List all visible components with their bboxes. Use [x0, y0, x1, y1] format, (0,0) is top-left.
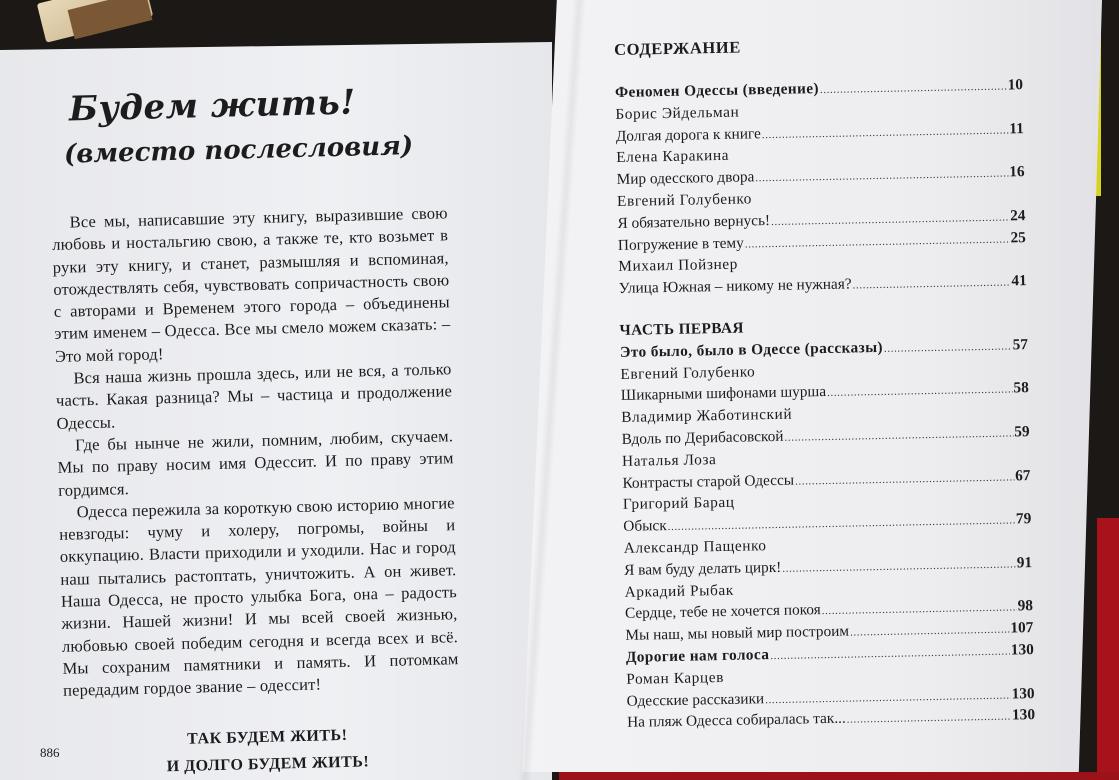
background-object-shadow [68, 0, 153, 39]
toc-entry-label: Обыск [623, 517, 667, 536]
toc-entry-label: Григорий Барац [623, 494, 735, 514]
toc-entry-label: Михаил Пойзнер [618, 256, 738, 276]
toc-leader-dots [850, 624, 1010, 639]
toc-leader-dots [765, 689, 1011, 706]
paragraph: Все мы, написавшие эту книгу, выразившие… [51, 202, 451, 368]
toc-entry-label: Вдоль по Дерибасовской [622, 428, 784, 449]
toc-page-number: 25 [1010, 229, 1026, 247]
paragraph: Где бы нынче не жили, помним, любим, ску… [57, 425, 455, 502]
toc-list: Феномен Одессы (введение)10Борис Эйдельм… [615, 76, 1035, 736]
afterword-title: Будем жить! [68, 80, 445, 129]
book-cover-red-edge [1097, 518, 1119, 780]
paragraph: Вся наша жизнь прошла здесь, или не вся,… [55, 358, 453, 435]
toc-leader-dots [795, 471, 1014, 487]
toc-entry-label: Борис Эйдельман [615, 103, 739, 123]
closing-slogan: ТАК БУДЕМ ЖИТЬ! И ДОЛГО БУДЕМ ЖИТЬ! [64, 719, 461, 780]
toc-leader-dots [784, 427, 1013, 443]
toc-leader-dots [745, 233, 1010, 250]
page-number: 886 [40, 745, 60, 761]
toc-entry-label: Я вам буду делать цирк! [624, 559, 781, 580]
toc-entry-label: Евгений Голубенко [620, 363, 755, 384]
toc-leader-dots [782, 558, 1016, 574]
afterword-body: Все мы, написавшие эту книгу, выразившие… [51, 202, 459, 702]
toc-page-number: 67 [1015, 467, 1031, 485]
toc-leader-dots [827, 384, 1013, 400]
toc-entry-label: Сердце, тебе не хочется покоя [625, 601, 821, 623]
toc-page-number: 130 [1012, 685, 1035, 703]
toc-leader-dots [771, 211, 1009, 228]
book-cover-red-bottom-edge [559, 772, 1119, 780]
afterword-subtitle: (вместо послесловия) [64, 130, 447, 169]
toc-page-number: 41 [1011, 272, 1027, 290]
toc-entry-label: Евгений Голубенко [617, 190, 752, 211]
toc-page-number: 58 [1013, 379, 1029, 397]
afterword-section: Будем жить! (вместо послесловия) Все мы,… [48, 62, 461, 780]
toc-leader-dots [847, 711, 1012, 726]
toc-entry-label: Аркадий Рыбак [624, 581, 734, 601]
toc-leader-dots [762, 124, 1009, 141]
toc-leader-dots [820, 80, 1007, 96]
toc-entry-label: Шикарными шифонами шурша [621, 383, 827, 405]
toc-entry-label: Елена Каракина [616, 147, 729, 167]
toc-entry-label: Дорогие нам голоса [626, 646, 770, 667]
toc-entry-label: Мир одесского двора [617, 169, 755, 190]
toc-entry-label: Мы наш, мы новый мир построим [625, 623, 849, 645]
toc-page-number: 130 [1012, 706, 1035, 724]
toc-entry-label: Контрасты старой Одессы [622, 471, 794, 492]
toc-page-number: 57 [1012, 336, 1028, 354]
toc-page-number: 98 [1017, 597, 1033, 615]
toc-entry-label: Александр Пащенко [624, 537, 767, 558]
toc-page-number: 91 [1017, 554, 1033, 572]
toc-entry-label: На пляж Одесса собиралась так... [627, 710, 846, 732]
toc-entry-label: Владимир Жаботинский [621, 406, 792, 427]
toc-entry-label: Это было, было в Одессе (рассказы) [620, 339, 883, 362]
toc-page-number: 59 [1014, 423, 1030, 441]
toc-page-number: 24 [1010, 207, 1026, 225]
toc-page-number: 107 [1010, 619, 1033, 637]
toc-leader-dots [853, 277, 1011, 292]
toc-leader-dots [884, 340, 1012, 354]
table-of-contents: СОДЕРЖАНИЕ Феномен Одессы (введение)10Бо… [614, 32, 1035, 736]
paragraph: Одесса пережила за короткую свою историю… [59, 492, 460, 702]
toc-entry-label: Погружение в тему [618, 234, 744, 254]
toc-entry-label: Феномен Одессы (введение) [615, 80, 819, 102]
toc-leader-dots [770, 645, 1010, 662]
toc-entry-label: Долгая дорога к книге [616, 125, 761, 146]
toc-page-number: 130 [1011, 641, 1034, 659]
toc-page-number: 16 [1009, 163, 1025, 181]
toc-entry-label: Одесские рассказики [627, 690, 765, 711]
toc-entry-label: Улица Южная – никому не нужная? [619, 276, 852, 298]
toc-page-number: 79 [1016, 510, 1032, 528]
toc-page-number: 10 [1007, 76, 1023, 94]
toc-page-number: 11 [1009, 120, 1024, 138]
toc-leader-dots [668, 515, 1016, 534]
toc-leader-dots [755, 168, 1008, 185]
toc-entry-label: Роман Карцев [626, 669, 724, 689]
toc-entry-label: Наталья Лоза [622, 451, 717, 471]
toc-leader-dots [822, 602, 1017, 618]
toc-entry-label: Я обязательно вернусь! [617, 212, 770, 233]
